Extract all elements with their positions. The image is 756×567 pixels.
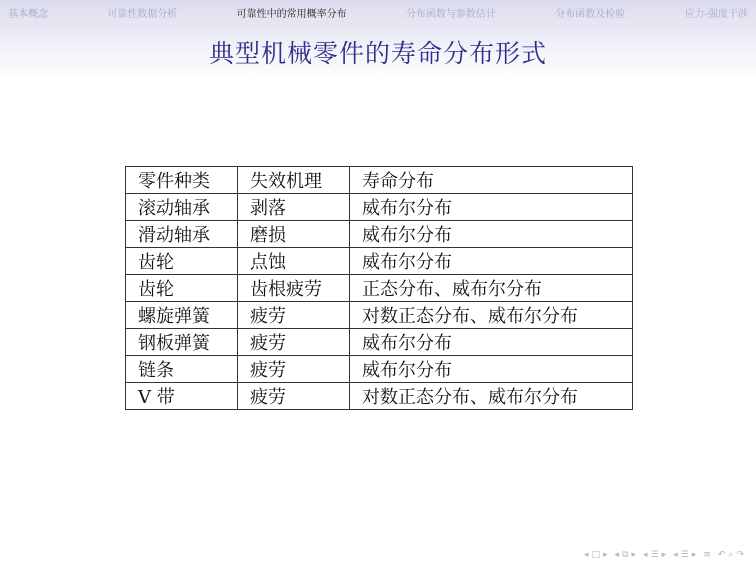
nav-section-distribution-testing[interactable]: 分布函数及检验 [555,5,625,20]
subsection2-next-icon[interactable]: ▸ [692,550,697,560]
table-cell: 齿轮 [126,248,238,275]
table-cell: 链条 [126,356,238,383]
nav-section-basic-concepts[interactable]: 基本概念 [8,5,48,20]
section-prev-icon[interactable]: ◂ [643,550,648,560]
table-cell: 疲劳 [238,383,350,410]
subsection-icon[interactable]: ⧉ [622,550,628,560]
nav-section-common-distributions[interactable]: 可靠性中的常用概率分布 [237,5,347,20]
subsection-prev-icon[interactable]: ◂ [615,550,620,560]
subsection-nav-group: ◂ ⧉ ▸ [615,550,637,560]
back-icon[interactable]: ↶ [718,550,726,560]
subsection2-icon[interactable]: ☰ [681,550,689,560]
header-cell: 寿命分布 [350,167,633,194]
table-cell: 对数正态分布、威布尔分布 [350,302,633,329]
table-cell: 螺旋弹簧 [126,302,238,329]
section-next-icon[interactable]: ▸ [662,550,667,560]
table-row: 钢板弹簧 疲劳 威布尔分布 [126,329,633,356]
frame-next-icon[interactable]: ▸ [603,550,608,560]
table-cell: 滚动轴承 [126,194,238,221]
frame-prev-icon[interactable]: ◂ [584,550,589,560]
subsection-next-icon[interactable]: ▸ [632,550,637,560]
section-navigation-bar: 基本概念 可靠性数据分析 可靠性中的常用概率分布 分布函数与参数估计 分布函数及… [0,0,756,24]
table-cell: 滑动轴承 [126,221,238,248]
header-cell: 零件种类 [126,167,238,194]
nav-section-reliability-data-analysis[interactable]: 可靠性数据分析 [107,5,177,20]
table-cell: 磨损 [238,221,350,248]
frame-icon[interactable]: □ [591,550,600,560]
table-cell: 剥落 [238,194,350,221]
table-cell: 对数正态分布、威布尔分布 [350,383,633,410]
beamer-navigation-symbols: ◂ □ ▸ ◂ ⧉ ▸ ◂ ☰ ▸ ◂ ☰ ▸ ≡ ↶ ⌕ ↷ [584,550,744,560]
subsection2-nav-group: ◂ ☰ ▸ [673,550,696,560]
slide-title: 典型机械零件的寿命分布形式 [0,34,756,70]
table-header-row: 零件种类 失效机理 寿命分布 [126,167,633,194]
forward-icon[interactable]: ↷ [736,550,744,560]
table-cell: 疲劳 [238,302,350,329]
nav-section-distribution-estimation[interactable]: 分布函数与参数估计 [406,5,496,20]
table-row: 齿轮 齿根疲劳 正态分布、威布尔分布 [126,275,633,302]
table-cell: 疲劳 [238,329,350,356]
frame-nav-group: ◂ □ ▸ [584,550,608,560]
table-cell: V 带 [126,383,238,410]
table-cell: 齿根疲劳 [238,275,350,302]
section-nav-group: ◂ ☰ ▸ [643,550,666,560]
history-nav-group: ↶ ⌕ ↷ [718,550,744,560]
table-cell: 疲劳 [238,356,350,383]
table-cell: 点蚀 [238,248,350,275]
header-cell: 失效机理 [238,167,350,194]
table-row: 链条 疲劳 威布尔分布 [126,356,633,383]
nav-section-stress-strength[interactable]: 应力-强度干涉 [685,5,748,20]
table-cell: 正态分布、威布尔分布 [350,275,633,302]
table-row: 滑动轴承 磨损 威布尔分布 [126,221,633,248]
subsection2-prev-icon[interactable]: ◂ [673,550,678,560]
table-cell: 威布尔分布 [350,221,633,248]
table-cell: 威布尔分布 [350,329,633,356]
table-cell: 威布尔分布 [350,248,633,275]
table-cell: 威布尔分布 [350,356,633,383]
table-row: 螺旋弹簧 疲劳 对数正态分布、威布尔分布 [126,302,633,329]
table-cell: 威布尔分布 [350,194,633,221]
section-icon[interactable]: ☰ [651,550,659,560]
search-icon[interactable]: ⌕ [728,550,733,560]
table-row: 滚动轴承 剥落 威布尔分布 [126,194,633,221]
table-row: 齿轮 点蚀 威布尔分布 [126,248,633,275]
table-cell: 齿轮 [126,275,238,302]
table-cell: 钢板弹簧 [126,329,238,356]
toc-icon[interactable]: ≡ [703,550,711,560]
life-distribution-table: 零件种类 失效机理 寿命分布 滚动轴承 剥落 威布尔分布 滑动轴承 磨损 威布尔… [125,166,633,410]
table-row: V 带 疲劳 对数正态分布、威布尔分布 [126,383,633,410]
